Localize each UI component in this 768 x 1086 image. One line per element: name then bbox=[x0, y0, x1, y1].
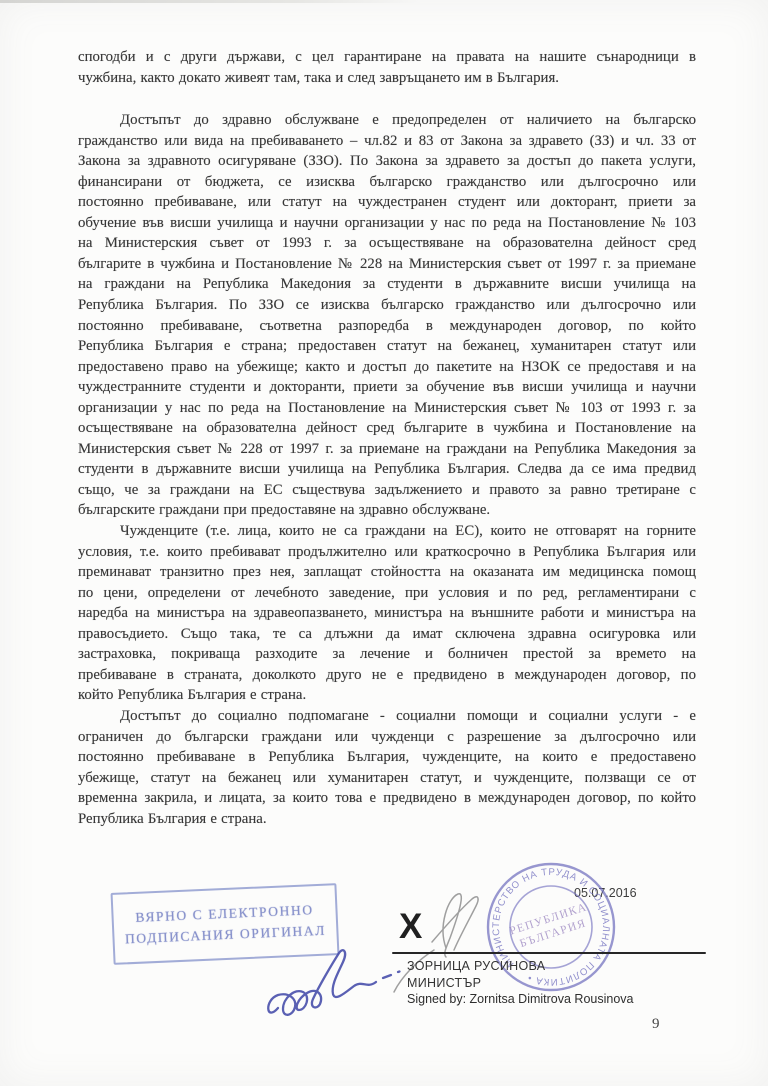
text-line: чуждестранните студенти и докторанти, пр… bbox=[78, 377, 696, 398]
text-line: обучение във висши училища и научни орга… bbox=[78, 213, 696, 234]
text-line: постоянно пребиваване, съответна разпоре… bbox=[78, 316, 696, 337]
text-line: чужбина, както докато живеят там, така и… bbox=[78, 68, 696, 89]
text-line: също, че за граждани на ЕС съществува за… bbox=[78, 480, 696, 501]
document-body-text: спогодби и с други държави, с цел гарант… bbox=[78, 47, 696, 829]
text-line: Република България е страна. bbox=[78, 809, 696, 830]
text-line: спогодби и с други държави, с цел гарант… bbox=[78, 47, 696, 68]
text-line: Чужденците (т.е. лица, които не са гражд… bbox=[78, 521, 696, 542]
text-line: гражданство или вида на пребиваването – … bbox=[78, 131, 696, 152]
text-line: правосъдието. Също така, те са длъжни да… bbox=[78, 624, 696, 645]
page-number: 9 bbox=[652, 1016, 660, 1033]
text-line: застраховка, покриваща разходите за лече… bbox=[78, 644, 696, 665]
signature-x-mark: X bbox=[399, 909, 422, 944]
digital-signature-caption: Signed by: Zornitsa Dimitrova Rousinova bbox=[407, 992, 634, 1006]
text-line: осъществяване на образователна дейност с… bbox=[78, 418, 696, 439]
text-line: пребиваване в страната, доколкото друго … bbox=[78, 665, 696, 686]
text-line: Република България е страна; предоставен… bbox=[78, 336, 696, 357]
text-line: на граждани на Република Македония за ст… bbox=[78, 274, 696, 295]
paragraph: Достъпът до здравно обслужване е предопр… bbox=[78, 110, 696, 521]
text-line: организации у нас по реда на Постановлен… bbox=[78, 398, 696, 419]
text-line: който Република България е страна. bbox=[78, 685, 696, 706]
text-line: Закона за здравното осигуряване (ЗЗО). П… bbox=[78, 151, 696, 172]
text-line: ограничен до български граждани или чужд… bbox=[78, 727, 696, 748]
text-line: предоставено право на убежище; както и д… bbox=[78, 357, 696, 378]
text-line: наредба на министъра на здравеопазването… bbox=[78, 603, 696, 624]
text-line: постоянно пребиваване в Република Българ… bbox=[78, 747, 696, 768]
text-line: финансирани от бюджета, се изисква бълга… bbox=[78, 172, 696, 193]
text-line: временна закрила, и лицата, за които тов… bbox=[78, 788, 696, 809]
text-line: по цени, определени от лечебното заведен… bbox=[78, 583, 696, 604]
text-line: Достъпът до здравно обслужване е предопр… bbox=[78, 110, 696, 131]
paragraph: Чужденците (т.е. лица, които не са гражд… bbox=[78, 521, 696, 706]
text-line: постоянно пребиваване, или статут на чуж… bbox=[78, 192, 696, 213]
text-line: убежище, статут на бежанец или хуманитар… bbox=[78, 768, 696, 789]
text-line: на Министерския съвет от 1993 г. за осъщ… bbox=[78, 233, 696, 254]
text-line: Министерския съвет № 228 от 1997 г. за п… bbox=[78, 439, 696, 460]
text-line: студенти в държавните висши училища на Р… bbox=[78, 459, 696, 480]
signer-title: МИНИСТЪР bbox=[407, 976, 481, 990]
text-line: българите в чужбина и Постановление № 22… bbox=[78, 254, 696, 275]
text-line: Република България. По ЗЗО се изисква бъ… bbox=[78, 295, 696, 316]
scanned-document-page: спогодби и с други държави, с цел гарант… bbox=[0, 0, 768, 1086]
text-line: преминават транзитно през нея, заплащат … bbox=[78, 562, 696, 583]
text-line: Достъпът до социално подпомагане - социа… bbox=[78, 706, 696, 727]
signer-name: ЗОРНИЦА РУСИНОВА bbox=[407, 959, 545, 973]
stamp-text-line-1: ВЯРНО С ЕЛЕКТРОННО bbox=[135, 902, 314, 926]
scan-edge-artifact bbox=[0, 0, 420, 3]
text-line: българските граждани при предоставяне на… bbox=[78, 500, 696, 521]
ministry-round-seal: МИНИСТЕРСТВО НА ТРУДА И СОЦИАЛНАТА ПОЛИТ… bbox=[484, 860, 618, 994]
paragraph: Достъпът до социално подпомагане - социа… bbox=[78, 706, 696, 829]
text-line: условия, т.е. които пребивават продължит… bbox=[78, 542, 696, 563]
paragraph: спогодби и с други държави, с цел гарант… bbox=[78, 47, 696, 88]
